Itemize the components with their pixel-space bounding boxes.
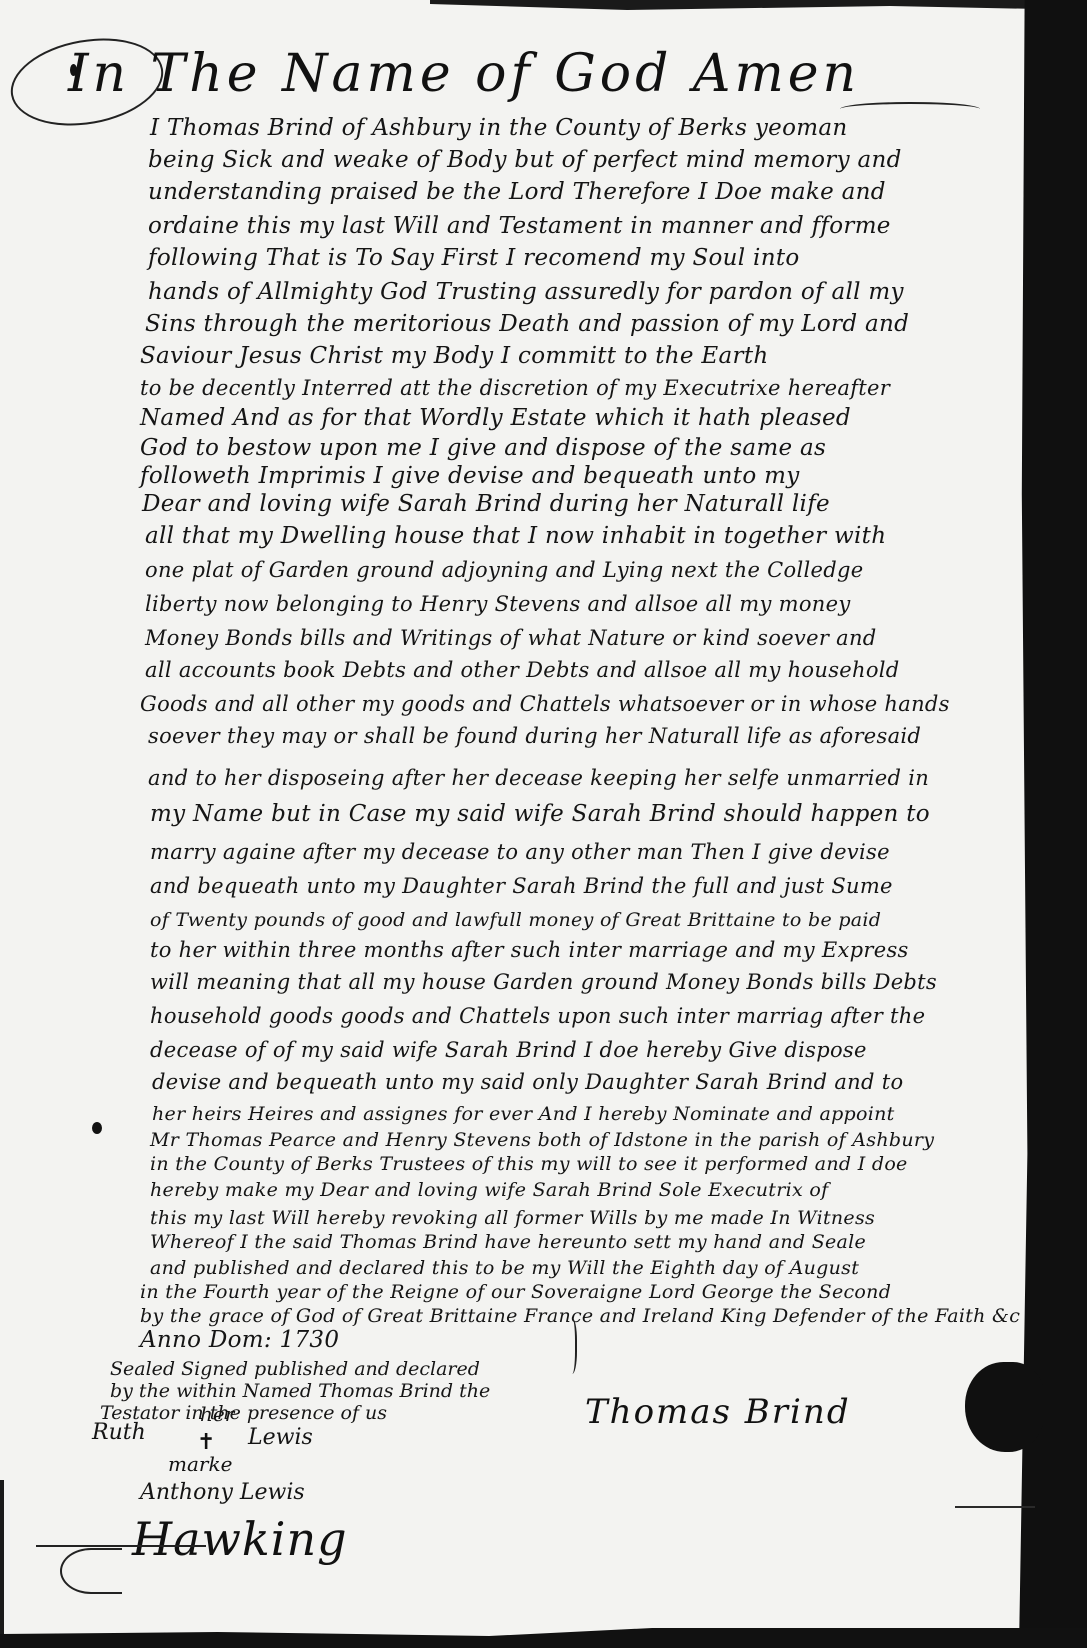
body-line: hereby make my Dear and loving wife Sara… — [150, 1176, 828, 1204]
attestation-line: Sealed Signed published and declared — [110, 1358, 480, 1380]
witness-hawking-signature: Hawking — [132, 1512, 348, 1566]
attestation-bracket — [565, 1318, 577, 1374]
body-line: God to bestow upon me I give and dispose… — [140, 434, 826, 462]
body-line: Money Bonds bills and Writings of what N… — [145, 624, 877, 652]
body-line: being Sick and weake of Body but of perf… — [148, 146, 902, 174]
signature-flourish — [36, 1545, 206, 1547]
body-line: followeth Imprimis I give devise and beq… — [140, 462, 799, 490]
body-line: liberty now belonging to Henry Stevens a… — [145, 590, 851, 618]
body-line: ordaine this my last Will and Testament … — [148, 212, 891, 240]
witness-ruth-first-name: Ruth — [92, 1420, 146, 1445]
body-line: Goods and all other my goods and Chattel… — [140, 690, 950, 718]
witness-anthony-lewis: Anthony Lewis — [140, 1480, 305, 1505]
body-line: Sins through the meritorious Death and p… — [145, 310, 909, 338]
body-line: all accounts book Debts and other Debts … — [145, 656, 900, 684]
body-line: marry againe after my decease to any oth… — [150, 838, 890, 866]
body-line: following That is To Say First I recomen… — [148, 244, 800, 272]
body-line: all that my Dwelling house that I now in… — [145, 522, 886, 550]
body-line: I Thomas Brind of Ashbury in the County … — [150, 114, 847, 142]
body-line: decease of of my said wife Sarah Brind I… — [150, 1036, 867, 1064]
body-line: of Twenty pounds of good and lawfull mon… — [150, 906, 881, 934]
body-line: soever they may or shall be found during… — [148, 722, 921, 750]
body-line: Dear and loving wife Sarah Brind during … — [142, 490, 830, 518]
attestation-line: by the within Named Thomas Brind the — [110, 1380, 490, 1402]
body-line: my Name but in Case my said wife Sarah B… — [150, 800, 930, 828]
body-line: hands of Allmighty God Trusting assuredl… — [148, 278, 904, 306]
body-line: household goods goods and Chattels upon … — [150, 1002, 925, 1030]
body-line: Named And as for that Wordly Estate whic… — [140, 404, 851, 432]
body-line: understanding praised be the Lord Theref… — [148, 178, 886, 206]
body-line: to her within three months after such in… — [150, 936, 909, 964]
body-line: and bequeath unto my Daughter Sarah Brin… — [150, 872, 893, 900]
body-line: will meaning that all my house Garden gr… — [150, 968, 937, 996]
body-line: one plat of Garden ground adjoyning and … — [145, 556, 863, 584]
body-line: to be decently Interred att the discreti… — [140, 374, 890, 402]
witness-ruth-last-name: Lewis — [248, 1425, 313, 1450]
body-line: devise and bequeath unto my said only Da… — [152, 1068, 903, 1096]
body-line: her heirs Heires and assignes for ever A… — [152, 1100, 895, 1128]
witness-mark-label-marke: marke — [168, 1452, 232, 1476]
signature-flourish — [60, 1548, 122, 1594]
body-line: Whereof I the said Thomas Brind have her… — [150, 1228, 866, 1256]
body-line: Saviour Jesus Christ my Body I committ t… — [140, 342, 768, 370]
testator-signature: Thomas Brind — [585, 1392, 851, 1432]
body-line: in the County of Berks Trustees of this … — [150, 1150, 908, 1178]
witness-mark-label-her: her — [200, 1402, 234, 1426]
body-line-date: Anno Dom: 1730 — [140, 1326, 339, 1354]
body-line: and to her disposeing after her decease … — [148, 764, 929, 792]
